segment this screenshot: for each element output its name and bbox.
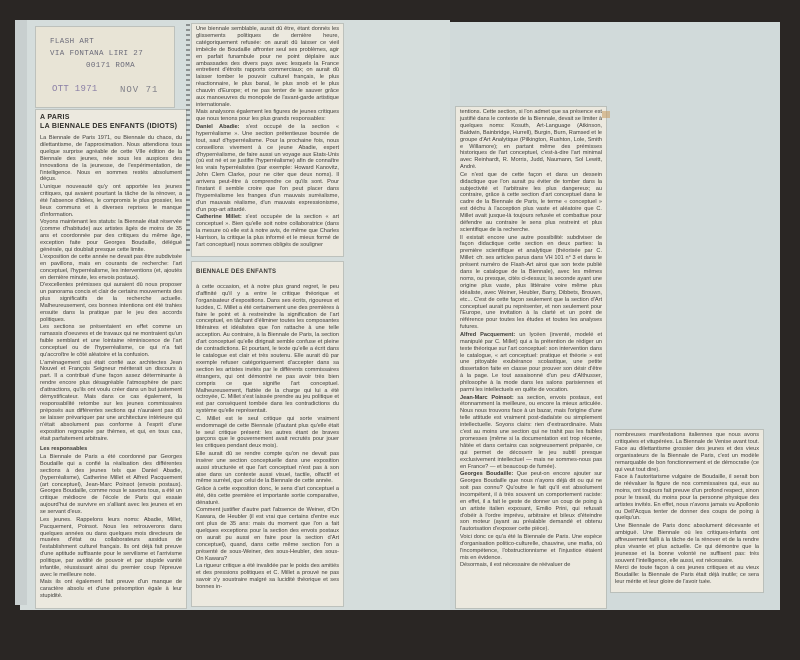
stamp-line-3: 00171 ROMA — [86, 63, 135, 70]
paragraph: La Biennale de Paris a été coordonné par… — [40, 454, 182, 516]
paragraph: tentions. Cette section, si l'on admet q… — [460, 109, 602, 171]
paragraph-abadie: Daniel Abadie: s'est occupé de la sectio… — [196, 124, 339, 214]
issue-date-stamp: NOV 71 — [120, 87, 158, 94]
stamp-line-1: FLASH ART — [50, 39, 94, 46]
paragraph: L'aménagement qui était confié aux archi… — [40, 360, 182, 443]
paragraph: La Biennale de Paris 1971, ou Biennale d… — [40, 135, 182, 183]
stamp-line-2: VIA FONTANA LIRI 27 — [50, 51, 143, 58]
name-abadie: Daniel Abadie: — [196, 124, 240, 130]
name-pacquement: Alfred Pacquement: — [460, 332, 515, 338]
paragraph-pacquement: Alfred Pacquement: un lycéen (inventé, m… — [460, 332, 602, 394]
paragraph-millet: Catherine Millet: s'est occupée de la se… — [196, 214, 339, 249]
paragraph: nombreuses manifestations italiennes que… — [615, 432, 759, 473]
paragraph: Les sections se présentaient en effet co… — [40, 324, 182, 359]
article-column-3: tentions. Cette section, si l'on admet q… — [456, 107, 606, 608]
article-column-2-bottom: BIENNALE DES ENFANTS à cette occasion, e… — [192, 262, 343, 606]
paragraph: Une biennale semblable, aurait dû être, … — [196, 26, 339, 109]
article-title: LA BIENNALE DES ENFANTS (IDIOTS) — [40, 122, 182, 131]
paragraph: Voici donc ce qu'a été la Biennale de Pa… — [460, 534, 602, 562]
paragraph: Merci de toute façon à ces jeunes critiq… — [615, 565, 759, 586]
paragraph: D'excellentes prémisses qui auraient dû … — [40, 282, 182, 323]
subheading-responsables: Les responsables — [40, 446, 182, 453]
paragraph: Les jeunes. Rappelons leurs noms: Abadie… — [40, 517, 182, 579]
paragraph-boudaille: Georges Boudaille: Que peut-on encore aj… — [460, 471, 602, 533]
paragraph-poinsot: Jean-Marc Poinsot: sa section, envois po… — [460, 395, 602, 471]
paragraph: L'unique nouveauté qu'y ont apportée les… — [40, 184, 182, 219]
paragraph: Grâce à cette exposition donc, le sens d… — [196, 486, 339, 507]
paragraph: Mais ils ont également fait preuve d'un … — [40, 579, 182, 600]
name-poinsot: Jean-Marc Poinsot: — [460, 395, 514, 401]
article-kicker: A PARIS — [40, 113, 182, 122]
tape-mark — [602, 111, 610, 118]
running-head: BIENNALE DES ENFANTS — [196, 269, 339, 276]
paragraph: L'exposition de cette année ne devait pa… — [40, 254, 182, 282]
article-column-2-top: Une biennale semblable, aurait dû être, … — [192, 24, 343, 256]
publisher-stamp: FLASH ART VIA FONTANA LIRI 27 00171 ROMA… — [36, 27, 174, 107]
article-headline: A PARIS LA BIENNALE DES ENFANTS (IDIOTS) — [40, 113, 182, 131]
paragraph: La rigueur critique a été invalidée par … — [196, 563, 339, 591]
paragraph: Une Biennale de Paris donc absolument dé… — [615, 523, 759, 564]
paragraph: à cette occasion, et à notre plus grand … — [196, 284, 339, 415]
paragraph: Voyons maintenant les statuts: la Bienna… — [40, 219, 182, 254]
article-column-1: A PARIS LA BIENNALE DES ENFANTS (IDIOTS)… — [36, 110, 186, 608]
paragraph: C. Millet est le seul critique qui sorte… — [196, 416, 339, 451]
paragraph: Elle aurait dû se rendre compte qu'on ne… — [196, 451, 339, 486]
name-millet: Catherine Millet: — [196, 214, 242, 220]
paragraph: Mais analysons également les figures de … — [196, 109, 339, 123]
received-date-stamp: OTT 1971 — [52, 86, 98, 93]
paragraph: Ce n'est que de cette façon et dans un d… — [460, 172, 602, 234]
article-column-4: nombreuses manifestations italiennes que… — [611, 430, 763, 592]
name-boudaille: Georges Boudaille: — [460, 471, 513, 477]
paragraph: Désormais, il est nécessaire de réévalue… — [460, 562, 602, 569]
mount-sheet-edge — [15, 20, 27, 605]
paragraph: Comment justifier d'autre part l'absence… — [196, 507, 339, 562]
torn-edge — [186, 24, 190, 254]
paragraph: Il existait encore une autre possibilité… — [460, 235, 602, 332]
paragraph: Face à l'autoritarisme vulgaire de Bouda… — [615, 474, 759, 522]
